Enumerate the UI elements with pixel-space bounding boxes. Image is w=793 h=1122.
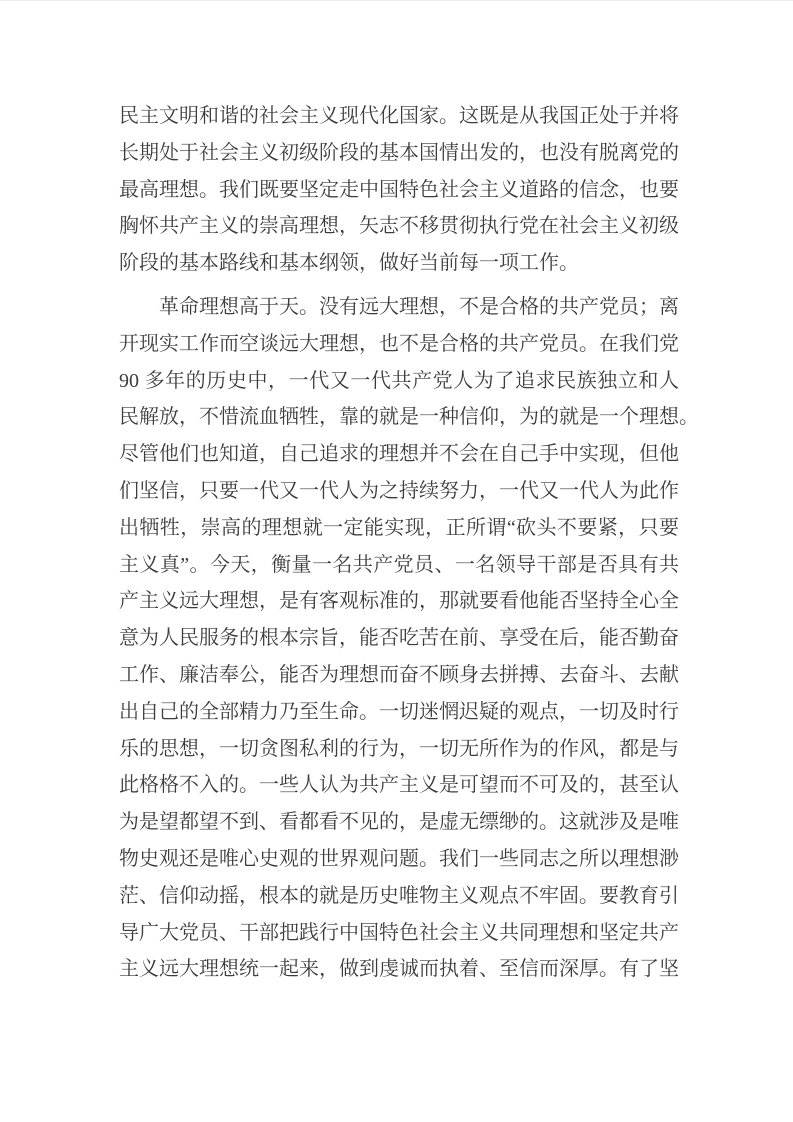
text-line: 物史观还是唯心史观的世界观问题。我们一些同志之所以理想渺 [119,841,679,878]
text-line: 民解放，不惜流血牺牲，靠的就是一种信仰，为的就是一个理想。 [119,399,679,436]
text-line: 意为人民服务的根本宗旨，能否吃苦在前、享受在后，能否勤奋 [119,620,679,657]
text-line: 尽管他们也知道，自己追求的理想并不会在自己手中实现，但他 [119,436,679,473]
document-body: 民主文明和谐的社会主义现代化国家。这既是从我国正处于并将长期处于社会主义初级阶段… [119,98,679,988]
text-line: 导广大党员、干部把践行中国特色社会主义共同理想和坚定共产 [119,915,679,952]
text-line: 为是望都望不到、看都看不见的，是虚无缥缈的。这就涉及是唯 [119,804,679,841]
text-line: 此格格不入的。一些人认为共产主义是可望而不可及的，甚至认 [119,767,679,804]
text-line: 长期处于社会主义初级阶段的基本国情出发的，也没有脱离党的 [119,135,679,172]
text-line: 革命理想高于天。没有远大理想，不是合格的共产党员；离 [119,289,679,326]
text-line: 主义真”。今天，衡量一名共产党员、一名领导干部是否具有共 [119,547,679,584]
text-line: 90 多年的历史中，一代又一代共产党人为了追求民族独立和人 [119,363,679,400]
text-line: 出自己的全部精力乃至生命。一切迷惘迟疑的观点，一切及时行 [119,694,679,731]
document-page: 民主文明和谐的社会主义现代化国家。这既是从我国正处于并将长期处于社会主义初级阶段… [0,0,793,1122]
text-line: 最高理想。我们既要坚定走中国特色社会主义道路的信念，也要 [119,172,679,209]
text-line: 胸怀共产主义的崇高理想，矢志不移贯彻执行党在社会主义初级 [119,208,679,245]
paragraph: 革命理想高于天。没有远大理想，不是合格的共产党员；离开现实工作而空谈远大理想，也… [119,289,679,988]
text-line: 主义远大理想统一起来，做到虔诚而执着、至信而深厚。有了坚 [119,951,679,988]
paragraph: 民主文明和谐的社会主义现代化国家。这既是从我国正处于并将长期处于社会主义初级阶段… [119,98,679,282]
text-line: 出牺牲，崇高的理想就一定能实现，正所谓“砍头不要紧，只要 [119,510,679,547]
text-line: 阶段的基本路线和基本纲领，做好当前每一项工作。 [119,245,679,282]
text-line: 开现实工作而空谈远大理想，也不是合格的共产党员。在我们党 [119,326,679,363]
text-line: 们坚信，只要一代又一代人为之持续努力，一代又一代人为此作 [119,473,679,510]
text-line: 乐的思想，一切贪图私利的行为，一切无所作为的作风，都是与 [119,731,679,768]
text-line: 茫、信仰动摇，根本的就是历史唯物主义观点不牢固。要教育引 [119,878,679,915]
text-line: 民主文明和谐的社会主义现代化国家。这既是从我国正处于并将 [119,98,679,135]
text-line: 产主义远大理想，是有客观标准的，那就要看他能否坚持全心全 [119,583,679,620]
text-line: 工作、廉洁奉公，能否为理想而奋不顾身去拼搏、去奋斗、去献 [119,657,679,694]
